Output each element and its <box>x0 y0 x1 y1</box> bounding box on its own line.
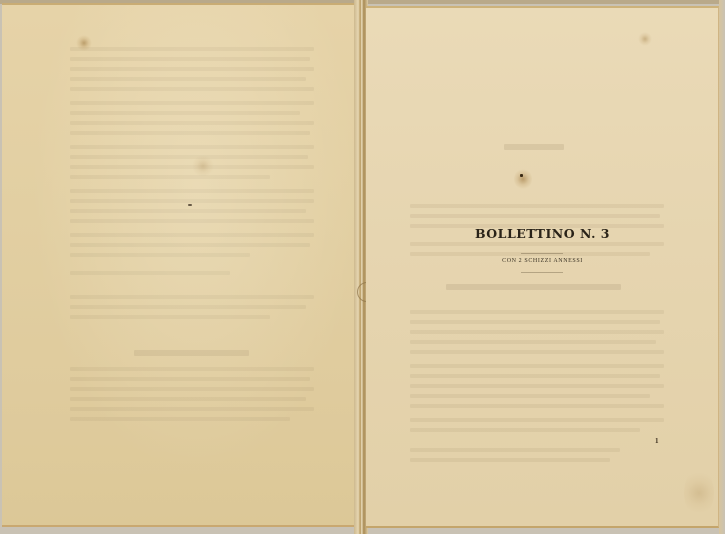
showthrough-line <box>70 47 314 51</box>
showthrough-line <box>70 155 308 159</box>
showthrough-line <box>70 253 250 257</box>
stain <box>76 35 92 51</box>
showthrough-line <box>410 428 640 432</box>
showthrough-line <box>410 204 664 208</box>
showthrough-line <box>70 189 314 193</box>
showthrough-line <box>70 77 306 81</box>
showthrough-line <box>410 214 660 218</box>
document-title: BOLLETTINO N. 3 <box>366 226 719 241</box>
showthrough-line <box>70 219 314 223</box>
showthrough-line <box>70 295 314 299</box>
showthrough-line <box>70 121 314 125</box>
showthrough-line <box>70 199 314 203</box>
showthrough-line <box>70 165 314 169</box>
showthrough-heading <box>504 144 564 150</box>
showthrough-line <box>70 243 310 247</box>
showthrough-line <box>70 417 290 421</box>
showthrough-line <box>410 340 656 344</box>
subtitle-rule <box>521 272 563 273</box>
showthrough-line <box>70 111 300 115</box>
showthrough-line <box>70 377 310 381</box>
showthrough-line <box>70 57 310 61</box>
stain <box>514 168 532 190</box>
speck <box>188 204 192 206</box>
document-subtitle: CON 2 SCHIZZI ANNESSI <box>366 258 719 264</box>
showthrough-line <box>70 387 314 391</box>
showthrough-line <box>410 350 664 354</box>
showthrough-line <box>410 384 664 388</box>
showthrough-line <box>70 175 270 179</box>
showthrough-line <box>410 320 660 324</box>
showthrough-line <box>410 418 664 422</box>
showthrough-line <box>70 145 314 149</box>
showthrough-line <box>70 305 306 309</box>
showthrough-line <box>70 367 314 371</box>
showthrough-line <box>410 310 664 314</box>
stain <box>192 155 214 177</box>
page-mark: 1 <box>655 437 659 445</box>
title-rule <box>521 253 563 254</box>
stain <box>638 32 652 46</box>
showthrough-line <box>70 67 314 71</box>
showthrough-line <box>410 374 660 378</box>
showthrough-line <box>410 330 664 334</box>
showthrough-heading <box>446 284 621 290</box>
left-page <box>2 3 356 527</box>
showthrough-line <box>410 242 664 246</box>
showthrough-line <box>70 87 314 91</box>
showthrough-line <box>70 209 306 213</box>
showthrough-line <box>70 233 314 237</box>
showthrough-line <box>70 101 314 105</box>
showthrough-line <box>410 404 664 408</box>
showthrough-line <box>70 407 314 411</box>
speck <box>520 174 523 177</box>
showthrough-line <box>70 271 230 275</box>
showthrough-line <box>70 315 270 319</box>
showthrough-line <box>410 364 664 368</box>
showthrough-line <box>410 394 650 398</box>
page-edge <box>719 0 725 534</box>
showthrough-line <box>410 448 620 452</box>
right-page <box>366 6 719 528</box>
stain <box>684 468 714 518</box>
showthrough-heading <box>134 350 249 356</box>
showthrough-line <box>410 458 610 462</box>
showthrough-line <box>70 131 310 135</box>
showthrough-line <box>70 397 306 401</box>
